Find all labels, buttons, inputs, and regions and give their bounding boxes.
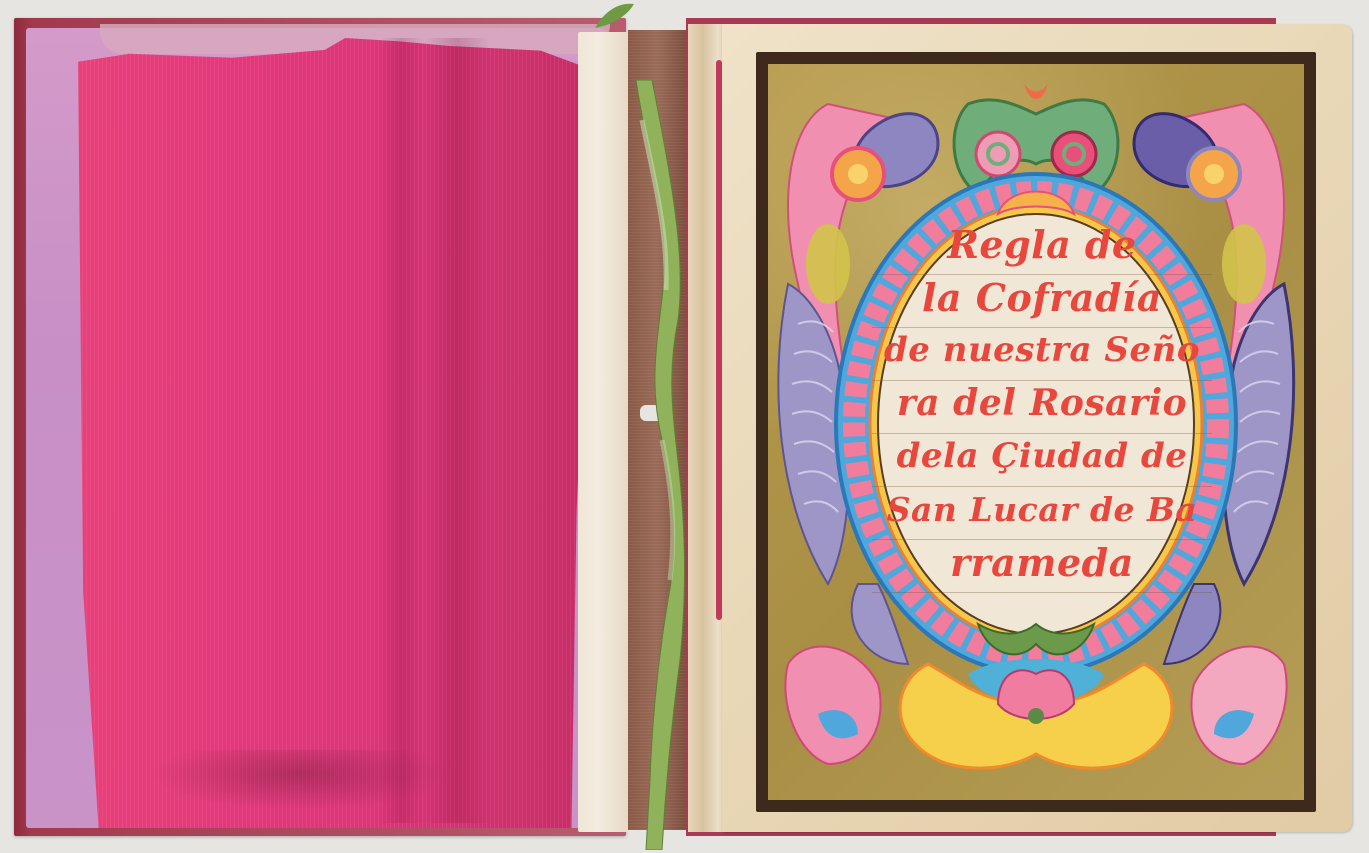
title-line-7: rrameda [950, 536, 1134, 589]
water-stain [150, 750, 450, 810]
left-hinge-paper [578, 32, 628, 832]
green-ribbon-bookmark [628, 80, 688, 850]
title-line-1: Regla de [947, 218, 1136, 271]
title-line-5: dela Çiudad de [897, 430, 1188, 483]
silk-fold-shadow [380, 38, 490, 823]
title-line-6: San Lucar de Ba [887, 483, 1198, 536]
pink-silk-liner [78, 38, 592, 828]
title-line-2: la Cofradía [922, 271, 1162, 324]
title-line-4: ra del Rosario [897, 377, 1187, 430]
title-line-3: de nuestra Seño [884, 324, 1200, 377]
title-text-block: Regla de la Cofradía de nuestra Seño ra … [872, 200, 1212, 610]
ribbon-top-leaf [590, 0, 640, 30]
